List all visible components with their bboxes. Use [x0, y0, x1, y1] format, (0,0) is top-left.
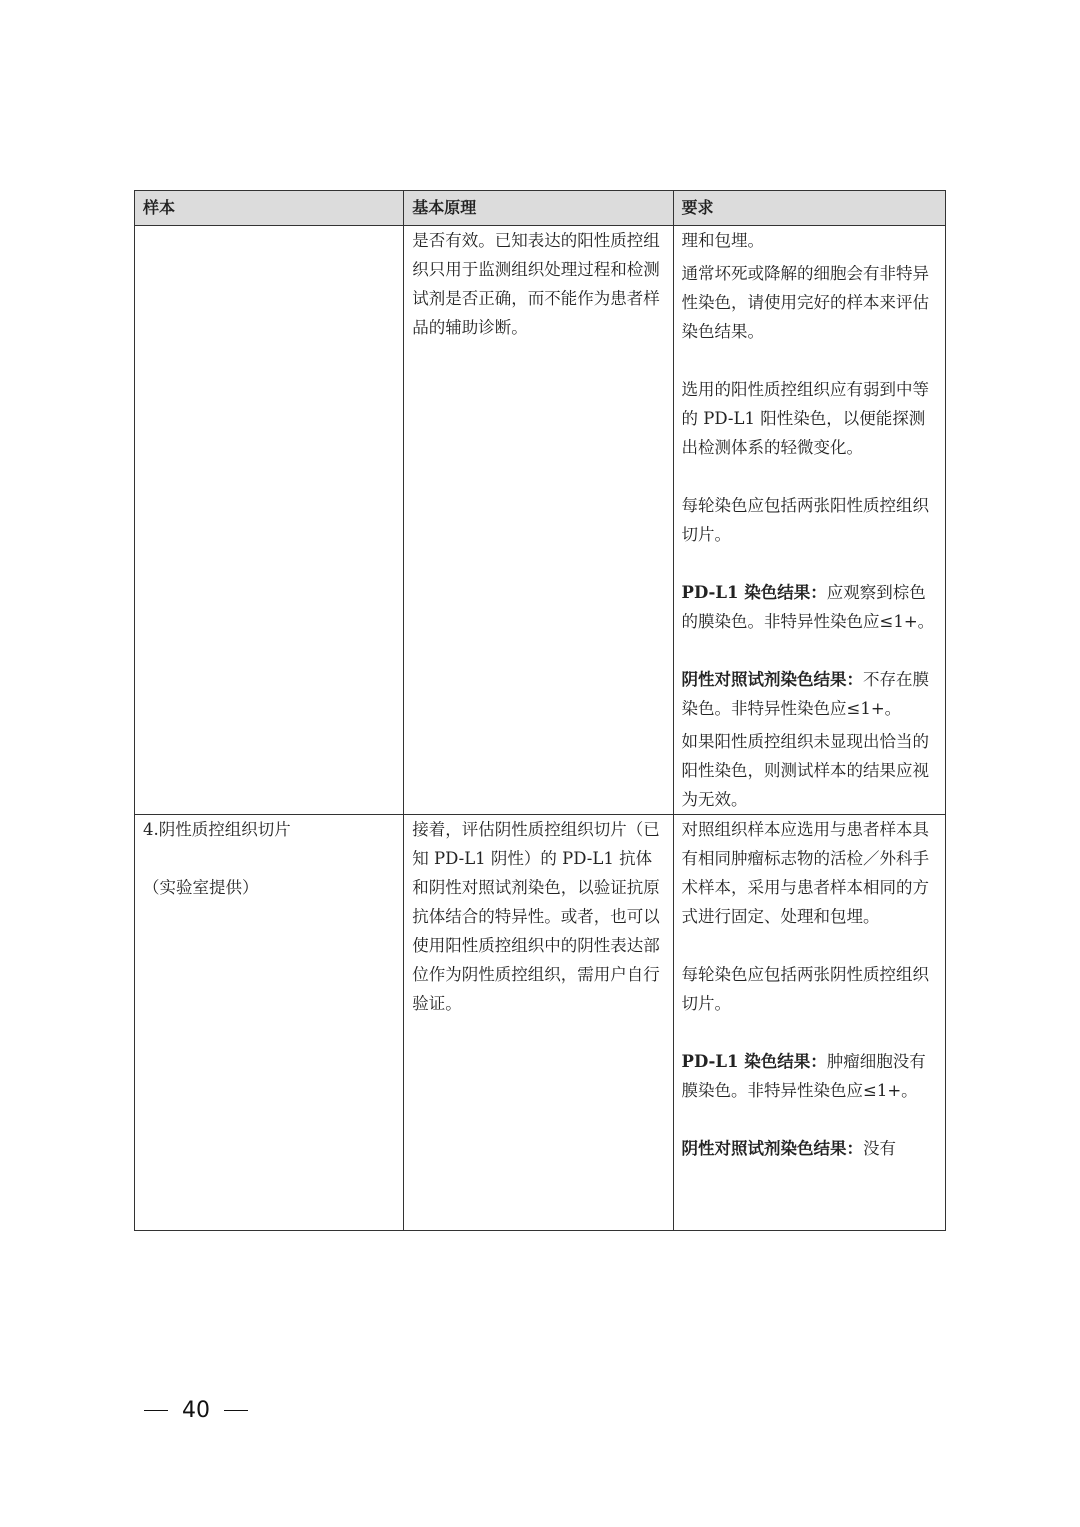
header-sample: 样本 — [135, 191, 404, 226]
cell-requirements: 对照组织样本应选用与患者样本具有相同肿瘤标志物的活检／外科手术样本，采用与患者样… — [673, 815, 945, 1231]
requirements-table: 样本 基本原理 要求 是否有效。已知表达的阳性质控组织只用于监测组织处理过程和检… — [134, 190, 946, 1231]
dash-left — [144, 1410, 168, 1412]
req-para: 理和包埋。 — [682, 226, 937, 255]
principle-text: 接着，评估阴性质控组织切片（已知 PD-L1 阴性）的 PD-L1 抗体和阴性对… — [412, 815, 664, 1018]
req-para: 如果阳性质控组织未显现出恰当的阳性染色，则测试样本的结果应视为无效。 — [682, 727, 937, 814]
sample-note: （实验室提供） — [143, 873, 395, 902]
table-row: 是否有效。已知表达的阳性质控组织只用于监测组织处理过程和检测试剂是否正确，而不能… — [135, 226, 946, 815]
cell-principle: 接着，评估阴性质控组织切片（已知 PD-L1 阴性）的 PD-L1 抗体和阴性对… — [404, 815, 673, 1231]
req-para: PD-L1 染色结果：肿瘤细胞没有膜染色。非特异性染色应≤1+。 — [682, 1047, 937, 1105]
header-principle: 基本原理 — [404, 191, 673, 226]
req-para: 选用的阳性质控组织应有弱到中等的 PD-L1 阳性染色，以便能探测出检测体系的轻… — [682, 375, 937, 462]
principle-text: 是否有效。已知表达的阳性质控组织只用于监测组织处理过程和检测试剂是否正确，而不能… — [412, 226, 664, 342]
cell-sample — [135, 226, 404, 815]
header-requirements: 要求 — [673, 191, 945, 226]
page-number-text: 40 — [182, 1398, 210, 1423]
page-number: 40 — [144, 1398, 248, 1423]
sample-title: 4.阴性质控组织切片 — [143, 815, 395, 844]
cell-principle: 是否有效。已知表达的阳性质控组织只用于监测组织处理过程和检测试剂是否正确，而不能… — [404, 226, 673, 815]
dash-right — [224, 1410, 248, 1412]
req-para: PD-L1 染色结果：应观察到棕色的膜染色。非特异性染色应≤1+。 — [682, 578, 937, 636]
req-para: 每轮染色应包括两张阴性质控组织切片。 — [682, 960, 937, 1018]
cell-sample: 4.阴性质控组织切片 （实验室提供） — [135, 815, 404, 1231]
req-para: 阴性对照试剂染色结果：不存在膜染色。非特异性染色应≤1+。 — [682, 665, 937, 723]
req-para: 对照组织样本应选用与患者样本具有相同肿瘤标志物的活检／外科手术样本，采用与患者样… — [682, 815, 937, 931]
req-para: 阴性对照试剂染色结果：没有 — [682, 1134, 937, 1163]
req-para: 每轮染色应包括两张阳性质控组织切片。 — [682, 491, 937, 549]
req-para: 通常坏死或降解的细胞会有非特异性染色，请使用完好的样本来评估染色结果。 — [682, 259, 937, 346]
cell-requirements: 理和包埋。 通常坏死或降解的细胞会有非特异性染色，请使用完好的样本来评估染色结果… — [673, 226, 945, 815]
table-header-row: 样本 基本原理 要求 — [135, 191, 946, 226]
table-row: 4.阴性质控组织切片 （实验室提供） 接着，评估阴性质控组织切片（已知 PD-L… — [135, 815, 946, 1231]
